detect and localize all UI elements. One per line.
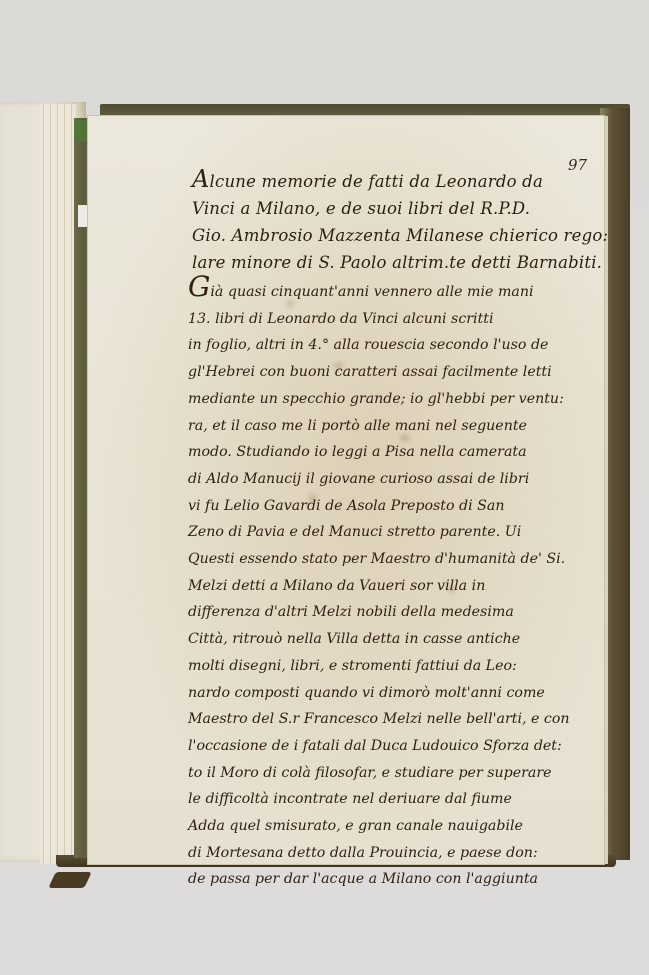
heading-line: lare minore di S. Paolo altrim.te detti …	[192, 249, 552, 276]
body-line: Adda quel smisurato, e gran canale nauig…	[188, 813, 543, 840]
body-line: differenza d'altri Melzi nobili della me…	[188, 599, 543, 626]
body-line: to il Moro di colà filosofar, e studiare…	[188, 760, 543, 787]
heading-line: Vinci a Milano, e de suoi libri del R.P.…	[192, 195, 552, 222]
body-line: gl'Hebrei con buoni caratteri assai faci…	[188, 359, 543, 386]
heading-line: Gio. Ambrosio Mazzenta Milanese chierico…	[192, 222, 552, 249]
body-line: in foglio, altri in 4.° alla rouescia se…	[188, 332, 543, 359]
body-line: vi fu Lelio Gavardi de Asola Preposto di…	[188, 493, 543, 520]
gutter-mark	[74, 120, 88, 142]
body-line: Città, ritrouò nella Villa detta in cass…	[188, 626, 543, 653]
recto-page: 97 Alcune memorie de fatti da Leonardo d…	[88, 116, 604, 864]
page-edges	[40, 104, 76, 864]
body-line: Già quasi cinquant'anni vennero alle mie…	[188, 274, 543, 306]
body-line: Zeno di Pavia e del Manuci stretto paren…	[188, 519, 543, 546]
body-line: Melzi detti a Milano da Vaueri sor villa…	[188, 573, 543, 600]
body-line: molti disegni, libri, e stromenti fattiu…	[188, 653, 543, 680]
body-line: Maestro del S.r Francesco Melzi nelle be…	[188, 706, 543, 733]
body-line: de passa per dar l'acque a Milano con l'…	[188, 866, 543, 893]
body-line: ra, et il caso me li portò alle mani nel…	[188, 413, 543, 440]
book-photo: 97 Alcune memorie de fatti da Leonardo d…	[0, 0, 649, 975]
heading-line: Alcune memorie de fatti da Leonardo da	[192, 166, 552, 195]
body-line: mediante un specchio grande; io gl'hebbi…	[188, 386, 543, 413]
body-line: di Aldo Manucij il giovane curioso assai…	[188, 466, 543, 493]
body-line: modo. Studiando io leggi a Pisa nella ca…	[188, 439, 543, 466]
body-line: l'occasione de i fatali dal Duca Ludouic…	[188, 733, 543, 760]
manuscript-heading: Alcune memorie de fatti da Leonardo da V…	[192, 166, 552, 276]
body-line: di Mortesana detto dalla Prouincia, e pa…	[188, 840, 543, 867]
binding-flap	[48, 872, 91, 888]
body-line: nardo composti quando vi dimorò molt'ann…	[188, 680, 543, 707]
binding-right	[600, 108, 630, 860]
body-line: le difficoltà incontrate nel deriuare da…	[188, 786, 543, 813]
body-line: Questi essendo stato per Maestro d'human…	[188, 546, 543, 573]
manuscript-body: Già quasi cinquant'anni vennero alle mie…	[188, 274, 543, 893]
body-line: 13. libri di Leonardo da Vinci alcuni sc…	[188, 306, 543, 333]
folio-number: 97	[568, 156, 587, 174]
